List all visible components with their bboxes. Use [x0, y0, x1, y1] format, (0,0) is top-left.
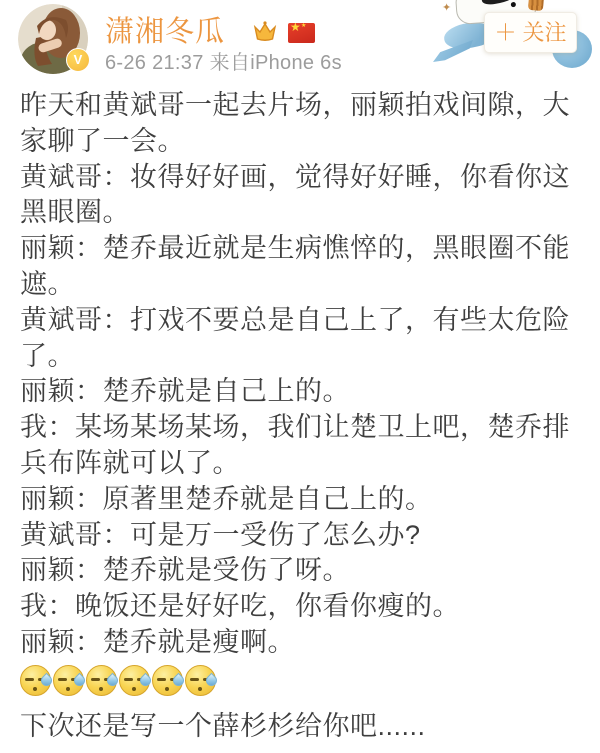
post-text-line: 了。: [20, 339, 590, 375]
sweat-tear-face-emoji: [185, 665, 216, 696]
sparkle-decoration-icon: ✦: [442, 1, 451, 14]
username[interactable]: 潇湘冬瓜: [105, 16, 225, 48]
post-text-line: 兵布阵就可以了。: [20, 446, 590, 482]
follow-button[interactable]: ＋ 关注: [484, 12, 577, 53]
verified-badge: V: [66, 48, 90, 72]
post-text-line: 丽颖：原著里楚乔就是自己上的。: [20, 482, 590, 518]
emoji-row: [20, 663, 590, 699]
sweat-tear-face-emoji: [86, 665, 117, 696]
post-text-line: 家聊了一会。: [20, 124, 590, 160]
post-content: 昨天和黄斌哥一起去片场，丽颖拍戏间隙，大家聊了一会。黄斌哥：妆得好好画，觉得好好…: [20, 88, 590, 745]
post-text-line: 我：某场某场某场，我们让楚卫上吧，楚乔排: [20, 410, 590, 446]
post-text-line: 丽颖：楚乔就是自己上的。: [20, 374, 590, 410]
post-meta: 6-26 21:37来自iPhone 6s: [105, 46, 348, 75]
timestamp: 6-26 21:37: [105, 52, 204, 74]
weibo-post-screen: ✦ ＋ 关注 V 潇湘冬瓜: [0, 0, 600, 753]
mascot-orange-tail: [528, 0, 545, 11]
sweat-tear-face-emoji: [53, 665, 84, 696]
post-text-line: 黄斌哥：妆得好好画，觉得好好睡，你看你这: [20, 160, 590, 196]
post-text-line: 丽颖：楚乔就是受伤了呀。: [20, 553, 590, 589]
post-text-line: 我：晚饭还是好好吃，你看你瘦的。: [20, 589, 590, 625]
post-source: 来自iPhone 6s: [210, 52, 342, 74]
post-text-line: 遮。: [20, 267, 590, 303]
post-text: 昨天和黄斌哥一起去片场，丽颖拍戏间隙，大家聊了一会。黄斌哥：妆得好好画，觉得好好…: [20, 88, 590, 661]
post-text-line: 昨天和黄斌哥一起去片场，丽颖拍戏间隙，大: [20, 88, 590, 124]
post-text-line: 丽颖：楚乔最近就是生病憔悴的，黑眼圈不能: [20, 231, 590, 267]
vip-crown-icon: [252, 20, 278, 49]
post-text-line: 黑眼圈。: [20, 195, 590, 231]
post-text-line: 黄斌哥：打戏不要总是自己上了，有些太危险: [20, 303, 590, 339]
sweat-tear-face-emoji: [119, 665, 150, 696]
sweat-tear-face-emoji: [152, 665, 183, 696]
post-text-line: 丽颖：楚乔就是瘦啊。: [20, 625, 590, 661]
sweat-tear-face-emoji: [20, 665, 51, 696]
china-flag-icon: ★ ★: [288, 23, 315, 43]
avatar[interactable]: V: [18, 4, 88, 74]
post-footer-line: 下次还是写一个薛杉杉给你吧......: [20, 709, 590, 745]
post-text-line: 黄斌哥：可是万一受伤了怎么办?: [20, 518, 590, 554]
